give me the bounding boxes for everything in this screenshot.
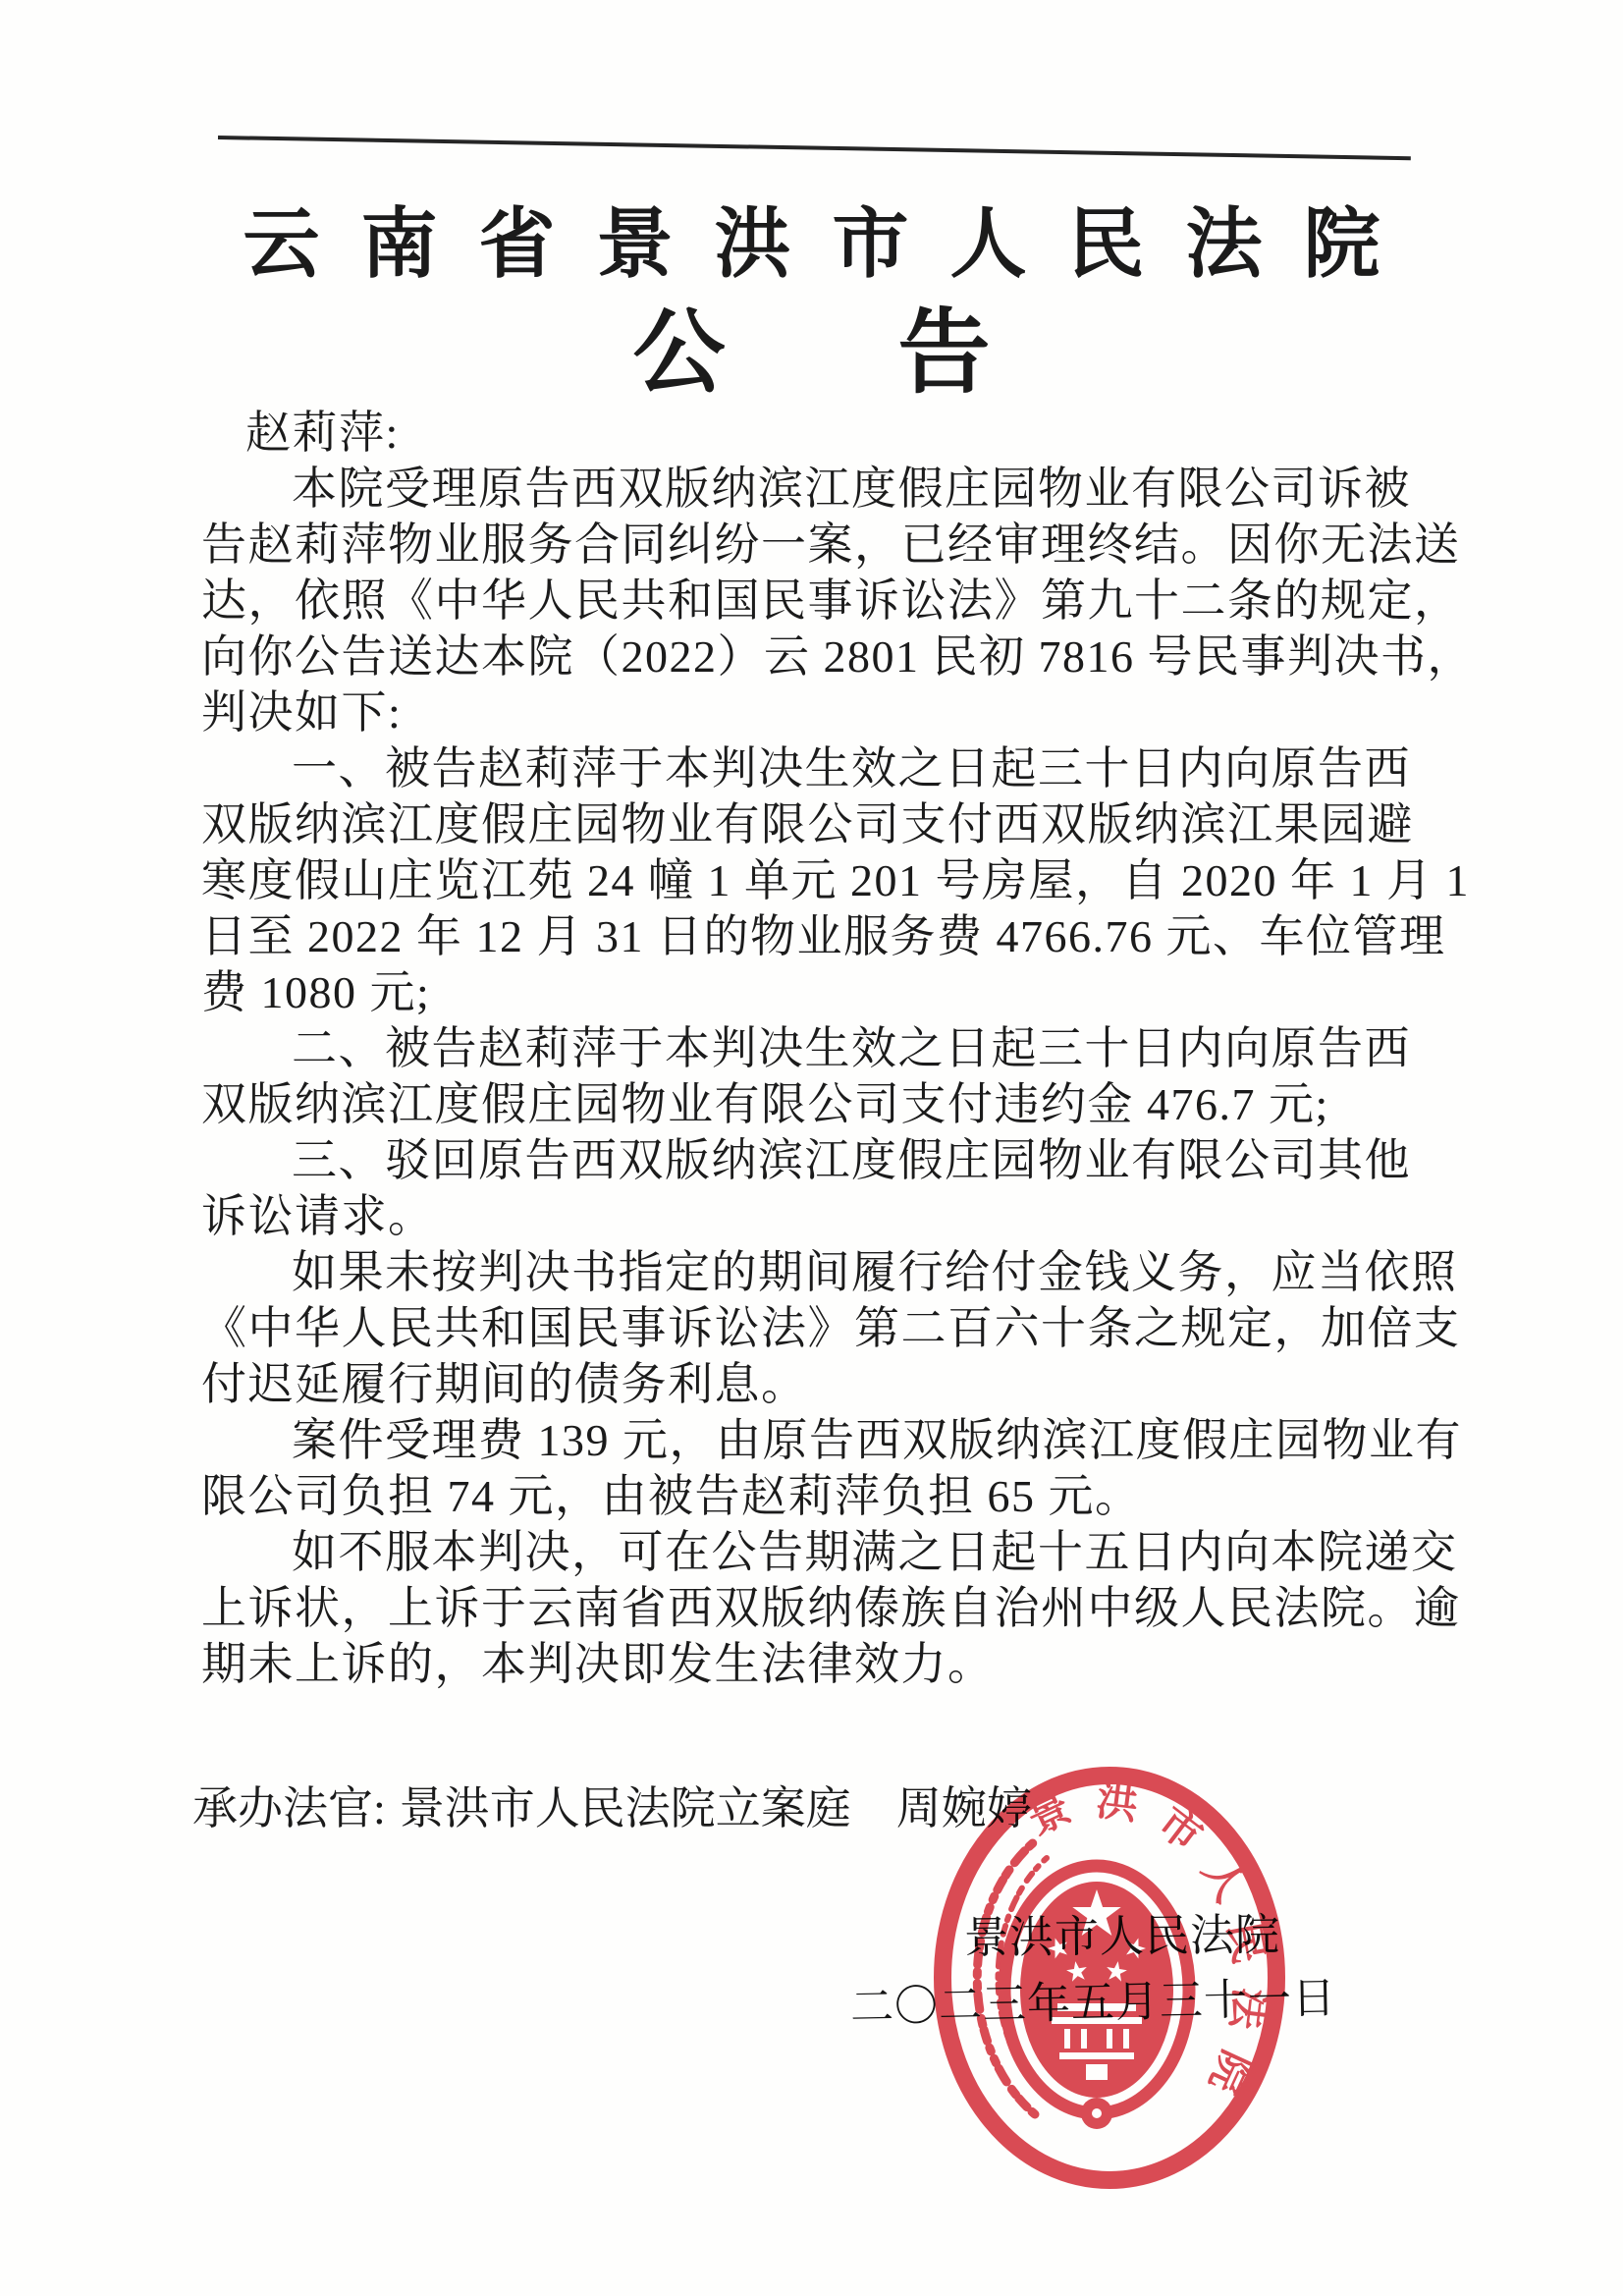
body-line: 达，依照《中华人民共和国民事诉讼法》第九十二条的规定， — [201, 573, 1478, 629]
body-line: 二、被告赵莉萍于本判决生效之日起三十日内向原告西 — [201, 1020, 1478, 1076]
body-line: 限公司负担 74 元，由被告赵莉萍负担 65 元。 — [201, 1468, 1478, 1524]
body-line: 寒度假山庄览江苑 24 幢 1 单元 201 号房屋，自 2020 年 1 月 … — [201, 852, 1478, 908]
body-line: 《中华人民共和国民事诉讼法》第二百六十条之规定，加倍支 — [201, 1300, 1478, 1356]
judge-label: 承办法官: — [192, 1783, 386, 1833]
body-line: 双版纳滨江度假庄园物业有限公司支付违约金 476.7 元; — [201, 1076, 1478, 1132]
body-line: 本院受理原告西双版纳滨江度假庄园物业有限公司诉被 — [201, 461, 1478, 517]
body-line: 一、被告赵莉萍于本判决生效之日起三十日内向原告西 — [201, 740, 1478, 796]
body-line: 付迟延履行期间的债务利息。 — [201, 1356, 1478, 1412]
notice-body: 赵莉萍: 本院受理原告西双版纳滨江度假庄园物业有限公司诉被 告赵莉萍物业服务合同… — [201, 405, 1478, 1692]
notice-title: 公告 — [0, 302, 1623, 405]
body-line: 向你公告送达本院（2022）云 2801 民初 7816 号民事判决书， — [201, 629, 1478, 684]
body-line: 上诉状，上诉于云南省西双版纳傣族自治州中级人民法院。逾 — [201, 1580, 1478, 1636]
court-name-heading: 云南省景洪市人民法院 — [0, 200, 1623, 289]
top-rule-divider — [218, 136, 1411, 160]
body-line: 费 1080 元; — [201, 964, 1478, 1020]
body-line: 诉讼请求。 — [201, 1188, 1478, 1244]
body-line: 告赵莉萍物业服务合同纠纷一案，已经审理终结。因你无法送 — [201, 517, 1478, 573]
body-line: 三、驳回原告西双版纳滨江度假庄园物业有限公司其他 — [201, 1132, 1478, 1188]
judge-department: 景洪市人民法院立案庭 — [400, 1783, 851, 1833]
presiding-judge-line: 承办法官:景洪市人民法院立案庭周婉婷 — [192, 1781, 1032, 1836]
national-emblem-icon — [1004, 1866, 1189, 2129]
court-notice-page: 云南省景洪市人民法院 公告 赵莉萍: 本院受理原告西双版纳滨江度假庄园物业有限公… — [0, 0, 1623, 2296]
body-line: 期未上诉的，本判决即发生法律效力。 — [201, 1636, 1478, 1692]
body-line: 双版纳滨江度假庄园物业有限公司支付西双版纳滨江果园避 — [201, 796, 1478, 852]
body-line: 如果未按判决书指定的期间履行给付金钱义务，应当依照 — [201, 1244, 1478, 1300]
body-line: 案件受理费 139 元，由原告西双版纳滨江度假庄园物业有 — [201, 1412, 1478, 1468]
body-line: 如不服本判决，可在公告期满之日起十五日内向本院递交 — [201, 1524, 1478, 1580]
body-line: 判决如下: — [201, 684, 1478, 740]
body-line: 日至 2022 年 12 月 31 日的物业服务费 4766.76 元、车位管理 — [201, 908, 1478, 964]
court-seal-stamp: 景洪市人民法院 — [921, 1764, 1298, 2192]
recipient-line: 赵莉萍: — [201, 405, 1478, 461]
